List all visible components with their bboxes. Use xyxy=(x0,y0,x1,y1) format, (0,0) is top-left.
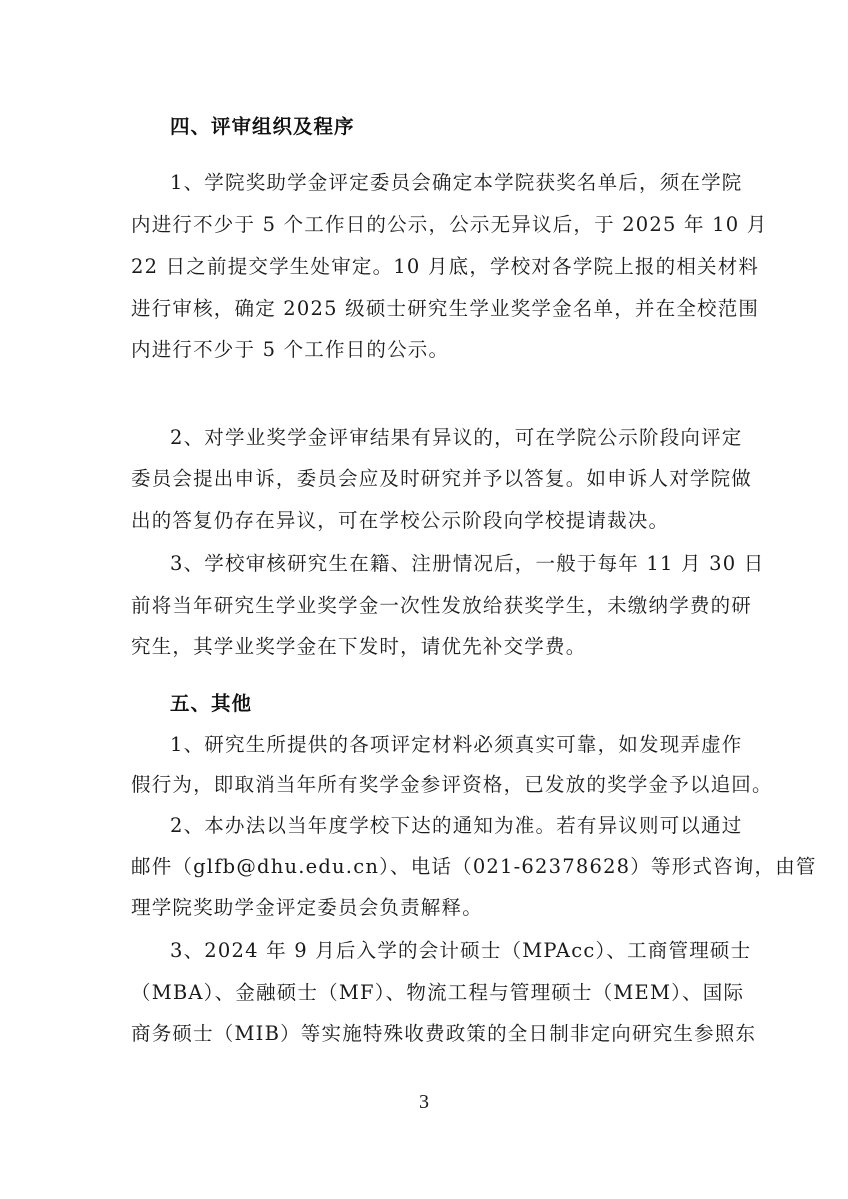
paragraph-line: 出的答复仍存在异议，可在学校公示阶段向学校提请裁决。 xyxy=(131,509,721,533)
paragraph-line: 内进行不少于 5 个工作日的公示，公示无异议后，于 2025 年 10 月 xyxy=(131,213,721,237)
paragraph-line: 究生，其学业奖学金在下发时，请优先补交学费。 xyxy=(131,635,721,659)
paragraph-line: 假行为，即取消当年所有奖学金参评资格，已发放的奖学金予以追回。 xyxy=(131,773,721,797)
paragraph-line: 内进行不少于 5 个工作日的公示。 xyxy=(131,338,721,362)
paragraph-line: 进行审核，确定 2025 级硕士研究生学业奖学金名单，并在全校范围 xyxy=(131,297,721,321)
paragraph-line: 前将当年研究生学业奖学金一次性发放给获奖学生，未缴纳学费的研 xyxy=(131,594,721,618)
paragraph-line: 2、对学业奖学金评审结果有异议的，可在学院公示阶段向评定 xyxy=(170,426,721,450)
paragraph-line: 2、本办法以当年度学校下达的通知为准。若有异议则可以通过 xyxy=(170,814,721,838)
paragraph-line: 理学院奖助学金评定委员会负责解释。 xyxy=(131,896,721,920)
paragraph-line: 商务硕士（MIB）等实施特殊收费政策的全日制非定向研究生参照东 xyxy=(131,1022,721,1046)
section-heading-4: 四、评审组织及程序 xyxy=(170,115,355,139)
paragraph-line: 邮件（glfb@dhu.edu.cn）、电话（021-62378628）等形式咨… xyxy=(131,855,721,879)
paragraph-line: （MBA）、金融硕士（MF）、物流工程与管理硕士（MEM）、国际 xyxy=(131,981,721,1005)
paragraph-line: 3、2024 年 9 月后入学的会计硕士（MPAcc）、工商管理硕士 xyxy=(170,939,721,963)
paragraph-line: 委员会提出申诉，委员会应及时研究并予以答复。如申诉人对学院做 xyxy=(131,467,721,491)
paragraph-line: 22 日之前提交学生处审定。10 月底，学校对各学院上报的相关材料 xyxy=(131,255,721,279)
paragraph-line: 1、研究生所提供的各项评定材料必须真实可靠，如发现弄虚作 xyxy=(170,733,721,757)
paragraph-line: 3、学校审核研究生在籍、注册情况后，一般于每年 11 月 30 日 xyxy=(170,552,721,576)
page-number: 3 xyxy=(0,1091,848,1114)
document-page: 四、评审组织及程序 1、学院奖助学金评定委员会确定本学院获奖名单后，须在学院 内… xyxy=(0,0,848,1199)
paragraph-line: 1、学院奖助学金评定委员会确定本学院获奖名单后，须在学院 xyxy=(170,171,721,195)
section-heading-5: 五、其他 xyxy=(170,692,252,716)
